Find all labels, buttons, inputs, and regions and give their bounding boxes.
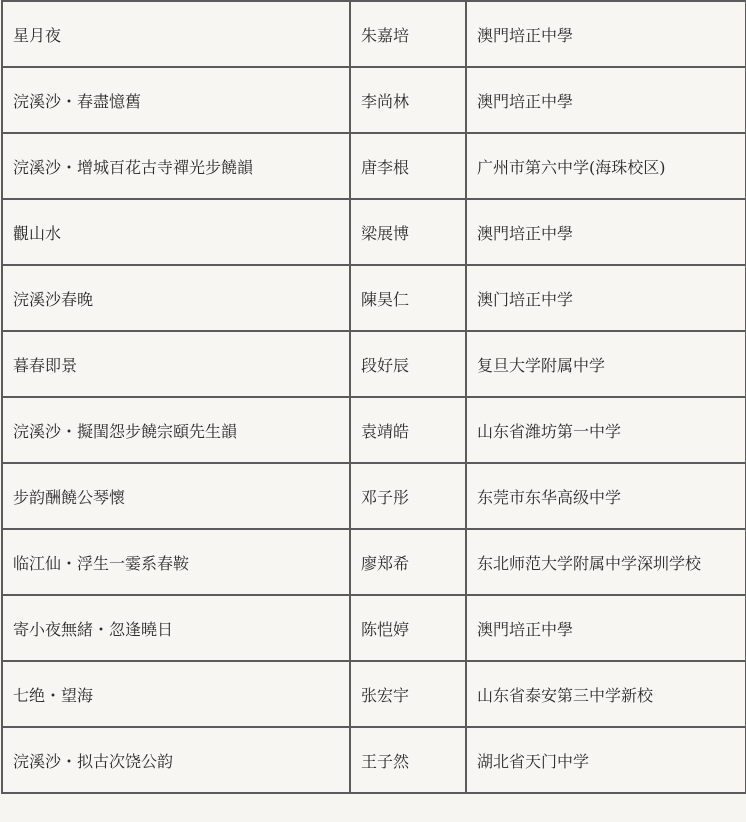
- school-name: 澳門培正中學: [466, 199, 746, 265]
- poem-title: 暮春即景: [2, 331, 350, 397]
- poem-title: 浣溪沙・增城百花古寺禪光步饒韻: [2, 133, 350, 199]
- author-name: 廖郑希: [350, 529, 466, 595]
- author-name: 梁展博: [350, 199, 466, 265]
- school-name: 山东省潍坊第一中学: [466, 397, 746, 463]
- school-name: 东莞市东华高级中学: [466, 463, 746, 529]
- school-name: 澳門培正中學: [466, 595, 746, 661]
- author-name: 李尚林: [350, 67, 466, 133]
- poem-title: 步韵酬饒公琴懷: [2, 463, 350, 529]
- poem-title: 觀山水: [2, 199, 350, 265]
- school-name: 湖北省天门中学: [466, 727, 746, 793]
- poem-title: 浣溪沙・擬閨怨步饒宗頤先生韻: [2, 397, 350, 463]
- author-name: 段好辰: [350, 331, 466, 397]
- poem-title: 浣溪沙・春盡憶舊: [2, 67, 350, 133]
- school-name: 澳門培正中學: [466, 67, 746, 133]
- poem-title: 星月夜: [2, 1, 350, 67]
- school-name: 广州市第六中学(海珠校区): [466, 133, 746, 199]
- poem-title: 七绝・望海: [2, 661, 350, 727]
- school-name: 山东省泰安第三中学新校: [466, 661, 746, 727]
- table-row: 临江仙・浮生一霎系春鞍 廖郑希 东北师范大学附属中学深圳学校: [2, 529, 746, 595]
- school-name: 复旦大学附属中学: [466, 331, 746, 397]
- table-row: 浣溪沙春晚 陳昊仁 澳门培正中学: [2, 265, 746, 331]
- school-name: 澳门培正中学: [466, 265, 746, 331]
- award-list-table: 星月夜 朱嘉培 澳門培正中學 浣溪沙・春盡憶舊 李尚林 澳門培正中學 浣溪沙・增…: [1, 0, 746, 794]
- author-name: 邓子彤: [350, 463, 466, 529]
- table-row: 浣溪沙・拟古次饶公韵 王子然 湖北省天门中学: [2, 727, 746, 793]
- author-name: 王子然: [350, 727, 466, 793]
- table-row: 觀山水 梁展博 澳門培正中學: [2, 199, 746, 265]
- table-row: 七绝・望海 张宏宇 山东省泰安第三中学新校: [2, 661, 746, 727]
- author-name: 袁靖皓: [350, 397, 466, 463]
- table-row: 步韵酬饒公琴懷 邓子彤 东莞市东华高级中学: [2, 463, 746, 529]
- poem-title: 浣溪沙・拟古次饶公韵: [2, 727, 350, 793]
- table-row: 暮春即景 段好辰 复旦大学附属中学: [2, 331, 746, 397]
- poem-title: 浣溪沙春晚: [2, 265, 350, 331]
- author-name: 唐李根: [350, 133, 466, 199]
- author-name: 陈恺婷: [350, 595, 466, 661]
- table-row: 浣溪沙・擬閨怨步饒宗頤先生韻 袁靖皓 山东省潍坊第一中学: [2, 397, 746, 463]
- school-name: 东北师范大学附属中学深圳学校: [466, 529, 746, 595]
- author-name: 张宏宇: [350, 661, 466, 727]
- poem-title: 临江仙・浮生一霎系春鞍: [2, 529, 350, 595]
- table-row: 星月夜 朱嘉培 澳門培正中學: [2, 1, 746, 67]
- author-name: 朱嘉培: [350, 1, 466, 67]
- author-name: 陳昊仁: [350, 265, 466, 331]
- table-row: 浣溪沙・增城百花古寺禪光步饒韻 唐李根 广州市第六中学(海珠校区): [2, 133, 746, 199]
- table-row: 寄小夜無緒・忽逢曉日 陈恺婷 澳門培正中學: [2, 595, 746, 661]
- school-name: 澳門培正中學: [466, 1, 746, 67]
- table-row: 浣溪沙・春盡憶舊 李尚林 澳門培正中學: [2, 67, 746, 133]
- poem-title: 寄小夜無緒・忽逢曉日: [2, 595, 350, 661]
